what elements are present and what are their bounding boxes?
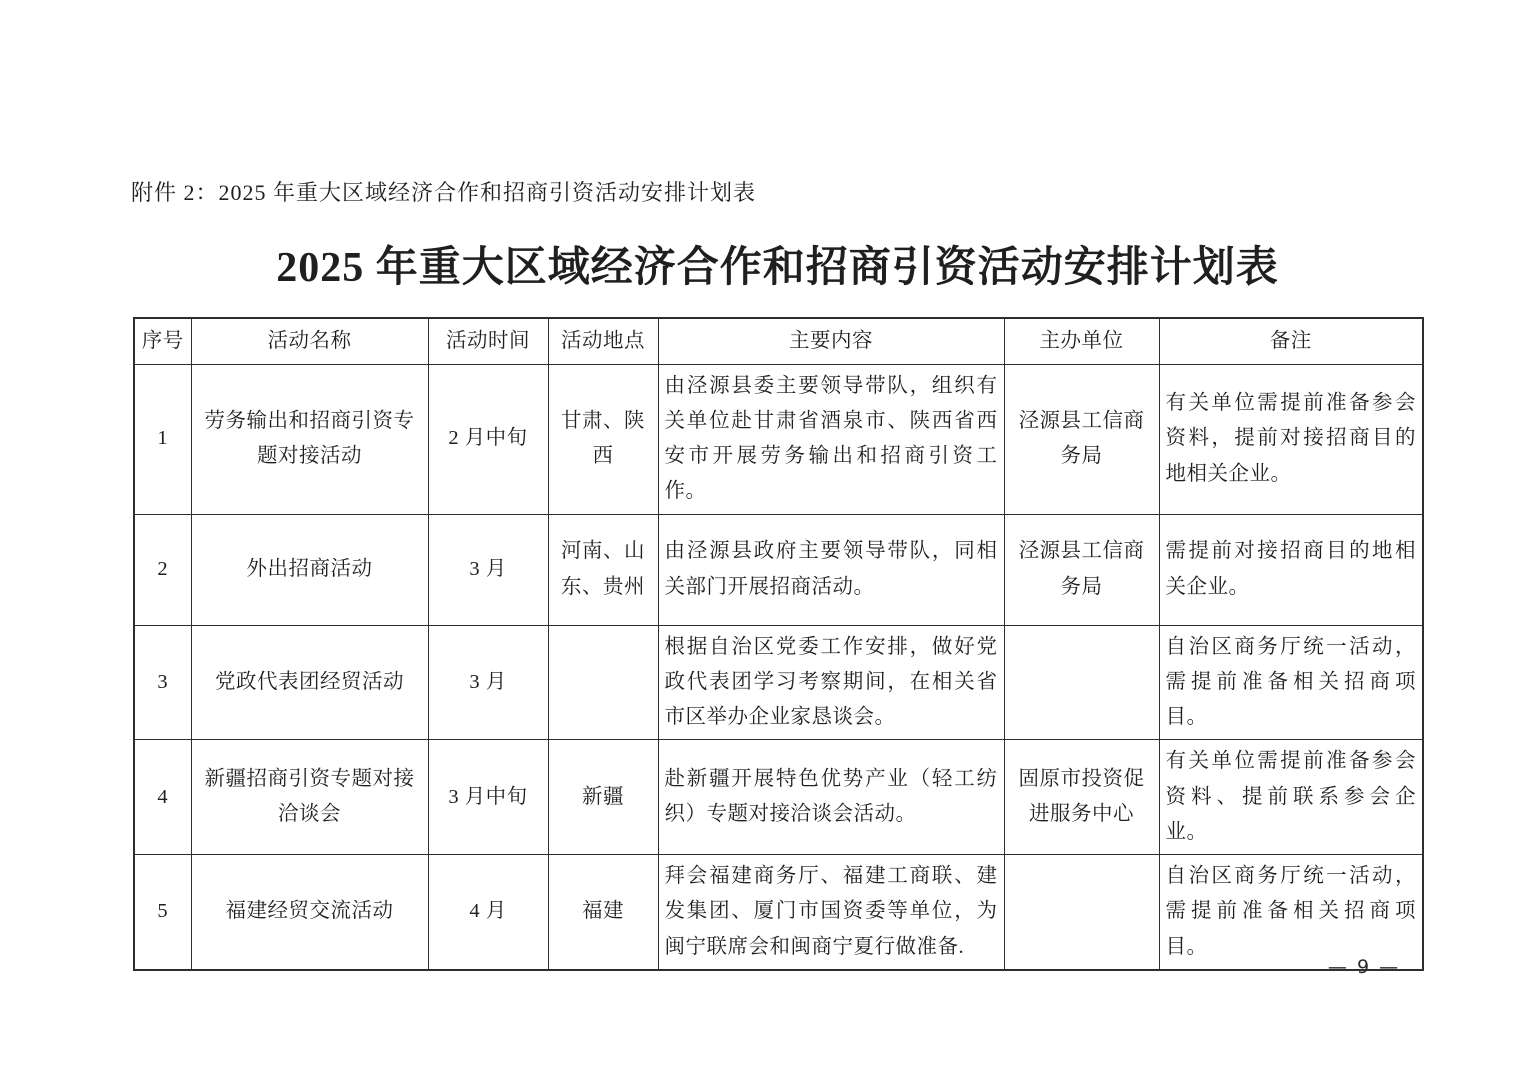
cell-activity-time: 3 月	[428, 514, 548, 625]
cell-activity-location: 甘肃、陕西	[548, 364, 658, 514]
attachment-label: 附件 2：2025 年重大区域经济合作和招商引资活动安排计划表	[131, 176, 756, 207]
page-title: 2025 年重大区域经济合作和招商引资活动安排计划表	[133, 234, 1422, 294]
table-header-row: 序号 活动名称 活动时间 活动地点 主要内容 主办单位 备注	[134, 318, 1423, 364]
cell-seq: 4	[134, 740, 191, 855]
cell-activity-time: 2 月中旬	[428, 364, 548, 514]
cell-main-content: 由泾源县委主要领导带队，组织有关单位赴甘肃省酒泉市、陕西省西安市开展劳务输出和招…	[658, 364, 1004, 514]
cell-main-content: 赴新疆开展特色优势产业（轻工纺织）专题对接洽谈会活动。	[658, 740, 1004, 855]
cell-remark: 有关单位需提前准备参会资料，提前对接招商目的地相关企业。	[1159, 364, 1423, 514]
cell-seq: 2	[134, 514, 191, 625]
cell-seq: 1	[134, 364, 191, 514]
cell-activity-name: 福建经贸交流活动	[191, 855, 428, 970]
column-header-organizer: 主办单位	[1004, 318, 1159, 364]
page-number: — 9 —	[1304, 956, 1424, 978]
cell-remark: 自治区商务厅统一活动，需提前准备相关招商项目。	[1159, 855, 1423, 970]
cell-remark: 需提前对接招商目的地相关企业。	[1159, 514, 1423, 625]
cell-activity-name: 外出招商活动	[191, 514, 428, 625]
cell-activity-time: 4 月	[428, 855, 548, 970]
column-header-content: 主要内容	[658, 318, 1004, 364]
cell-remark: 自治区商务厅统一活动，需提前准备相关招商项目。	[1159, 625, 1423, 740]
table-row: 1 劳务输出和招商引资专题对接活动 2 月中旬 甘肃、陕西 由泾源县委主要领导带…	[134, 364, 1423, 514]
cell-activity-location: 福建	[548, 855, 658, 970]
cell-activity-time: 3 月中旬	[428, 740, 548, 855]
cell-seq: 3	[134, 625, 191, 740]
cell-organizer: 泾源县工信商务局	[1004, 364, 1159, 514]
cell-activity-name: 党政代表团经贸活动	[191, 625, 428, 740]
column-header-location: 活动地点	[548, 318, 658, 364]
cell-organizer: 泾源县工信商务局	[1004, 514, 1159, 625]
table-row: 2 外出招商活动 3 月 河南、山东、贵州 由泾源县政府主要领导带队，同相关部门…	[134, 514, 1423, 625]
cell-activity-name: 劳务输出和招商引资专题对接活动	[191, 364, 428, 514]
cell-main-content: 拜会福建商务厅、福建工商联、建发集团、厦门市国资委等单位，为闽宁联席会和闽商宁夏…	[658, 855, 1004, 970]
table-row: 3 党政代表团经贸活动 3 月 根据自治区党委工作安排，做好党政代表团学习考察期…	[134, 625, 1423, 740]
cell-activity-time: 3 月	[428, 625, 548, 740]
cell-activity-name: 新疆招商引资专题对接洽谈会	[191, 740, 428, 855]
cell-remark: 有关单位需提前准备参会资料、提前联系参会企业。	[1159, 740, 1423, 855]
column-header-time: 活动时间	[428, 318, 548, 364]
cell-organizer	[1004, 855, 1159, 970]
column-header-seq: 序号	[134, 318, 191, 364]
document-page: 附件 2：2025 年重大区域经济合作和招商引资活动安排计划表 2025 年重大…	[0, 0, 1520, 1074]
cell-activity-location: 河南、山东、贵州	[548, 514, 658, 625]
cell-main-content: 根据自治区党委工作安排，做好党政代表团学习考察期间，在相关省市区举办企业家恳谈会…	[658, 625, 1004, 740]
cell-organizer: 固原市投资促进服务中心	[1004, 740, 1159, 855]
column-header-remark: 备注	[1159, 318, 1423, 364]
table-row: 5 福建经贸交流活动 4 月 福建 拜会福建商务厅、福建工商联、建发集团、厦门市…	[134, 855, 1423, 970]
cell-activity-location: 新疆	[548, 740, 658, 855]
cell-main-content: 由泾源县政府主要领导带队，同相关部门开展招商活动。	[658, 514, 1004, 625]
column-header-name: 活动名称	[191, 318, 428, 364]
cell-seq: 5	[134, 855, 191, 970]
schedule-table: 序号 活动名称 活动时间 活动地点 主要内容 主办单位 备注 1 劳务输出和招商…	[133, 317, 1424, 971]
cell-activity-location	[548, 625, 658, 740]
cell-organizer	[1004, 625, 1159, 740]
table-row: 4 新疆招商引资专题对接洽谈会 3 月中旬 新疆 赴新疆开展特色优势产业（轻工纺…	[134, 740, 1423, 855]
